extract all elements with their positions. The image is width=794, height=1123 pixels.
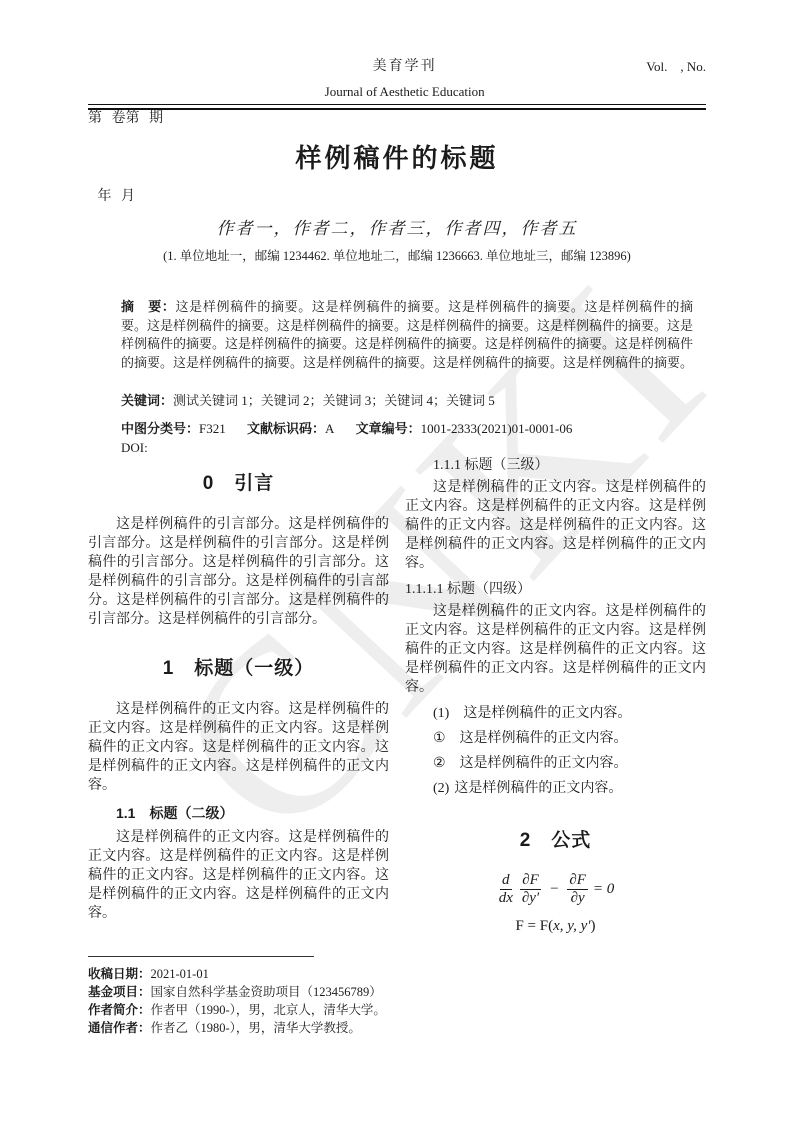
volume-number: Vol. , No.	[646, 54, 706, 80]
funding-line: 基金项目：国家自然科学基金资助项目（123456789）	[88, 983, 588, 1001]
section-1-paragraph: 这是样例稿件的正文内容。这是样例稿件的正文内容。这是样例稿件的正文内容。这是样例…	[88, 700, 389, 795]
fraction-dF-dy: ∂F∂y	[567, 872, 588, 908]
abstract-text: 这是样例稿件的摘要。这是样例稿件的摘要。这是样例稿件的摘要。这是样例稿件的摘要。…	[121, 299, 693, 370]
journal-title-en: Journal of Aesthetic Education	[325, 80, 485, 104]
abstract-label: 摘 要：	[121, 299, 176, 314]
equals-zero: = 0	[593, 881, 614, 898]
intro-paragraph: 这是样例稿件的引言部分。这是样例稿件的引言部分。这是样例稿件的引言部分。这是样例…	[88, 515, 389, 629]
numbered-list: (1)这是样例稿件的正文内容。 ①这是样例稿件的正文内容。 ②这是样例稿件的正文…	[405, 701, 706, 801]
header-double-rule	[88, 104, 706, 110]
minus-sign: −	[549, 881, 559, 898]
fraction-dF-dyprime: ∂F∂y′	[520, 872, 541, 908]
fraction-d-dx: ddx	[497, 872, 515, 908]
section-heading-1-1: 1.1 标题（二级）	[88, 803, 389, 823]
formula-euler-lagrange: ddx ∂F∂y′ − ∂F∂y = 0	[405, 872, 706, 908]
footnote-rule	[88, 956, 314, 957]
two-column-body: 0 引言 这是样例稿件的引言部分。这是样例稿件的引言部分。这是样例稿件的引言部分…	[88, 452, 706, 935]
section-1-1-1-paragraph: 这是样例稿件的正文内容。这是样例稿件的正文内容。这是样例稿件的正文内容。这是样例…	[405, 478, 706, 573]
footnote-block: 收稿日期：2021-01-01 基金项目：国家自然科学基金资助项目（123456…	[88, 956, 588, 1037]
document-code: 文献标识码：A	[247, 421, 334, 436]
classification-line: 中图分类号：F321 文献标识码：A 文章编号：1001-2333(2021)0…	[121, 418, 693, 437]
list-item-text: 这是样例稿件的正文内容。	[460, 731, 628, 746]
affiliation: (1. 单位地址一，邮编 1234462. 单位地址二，邮编 1236663. …	[0, 246, 794, 264]
list-marker: (1)	[433, 701, 449, 726]
list-marker: ①	[433, 726, 446, 751]
author-list: 作者一，作者二，作者三，作者四，作者五	[0, 214, 794, 239]
article-id: 文章编号：1001-2333(2021)01-0001-06	[356, 421, 573, 436]
section-heading-1-1-1-1: 1.1.1.1 标题（四级）	[405, 578, 706, 598]
section-1-1-1-1-paragraph: 这是样例稿件的正文内容。这是样例稿件的正文内容。这是样例稿件的正文内容。这是样例…	[405, 602, 706, 697]
document-page: CNKI 第 卷第 期 年 月 美育学刊 Journal of Aestheti…	[0, 0, 794, 1123]
journal-title-block: 美育学刊 Journal of Aesthetic Education	[325, 54, 485, 104]
author-bio-line: 作者简介：作者甲（1990-），男，北京人，清华大学。	[88, 1001, 588, 1019]
abstract: 摘 要：这是样例稿件的摘要。这是样例稿件的摘要。这是样例稿件的摘要。这是样例稿件…	[121, 298, 693, 372]
list-item-text: 这是样例稿件的正文内容。	[460, 756, 628, 771]
keywords: 关键词：测试关键词 1；关键词 2；关键词 3；关键词 4；关键词 5	[121, 390, 693, 409]
issue-line-date: 年 月	[88, 184, 163, 210]
section-1-1-paragraph: 这是样例稿件的正文内容。这是样例稿件的正文内容。这是样例稿件的正文内容。这是样例…	[88, 828, 389, 923]
formula-f-definition: F = F(x, y, y′)	[405, 918, 706, 935]
received-date-line: 收稿日期：2021-01-01	[88, 965, 588, 983]
section-heading-1-1-1: 1.1.1 标题（三级）	[405, 454, 706, 474]
keywords-text: 测试关键词 1；关键词 2；关键词 3；关键词 4；关键词 5	[173, 393, 495, 408]
journal-title-cn: 美育学刊	[325, 54, 485, 80]
section-heading-intro: 0 引言	[88, 468, 389, 495]
left-column: 0 引言 这是样例稿件的引言部分。这是样例稿件的引言部分。这是样例稿件的引言部分…	[88, 452, 389, 935]
list-item: ①这是样例稿件的正文内容。	[405, 726, 706, 751]
right-column: 1.1.1 标题（三级） 这是样例稿件的正文内容。这是样例稿件的正文内容。这是样…	[405, 452, 706, 935]
corresponding-author-line: 通信作者：作者乙（1980-），男，清华大学教授。	[88, 1019, 588, 1037]
list-item-text: 这是样例稿件的正文内容。	[463, 706, 631, 721]
keywords-label: 关键词：	[121, 393, 173, 408]
clc-number: 中图分类号：F321	[121, 421, 226, 436]
list-item: (2)这是样例稿件的正文内容。	[405, 776, 706, 801]
list-item-text: 这是样例稿件的正文内容。	[454, 781, 622, 796]
section-heading-1: 1 标题（一级）	[88, 653, 389, 680]
list-marker: ②	[433, 751, 446, 776]
list-item: ②这是样例稿件的正文内容。	[405, 751, 706, 776]
article-title: 样例稿件的标题	[0, 138, 794, 175]
list-item: (1)这是样例稿件的正文内容。	[405, 701, 706, 726]
list-marker: (2)	[433, 776, 449, 801]
section-heading-2: 2 公式	[405, 825, 706, 852]
